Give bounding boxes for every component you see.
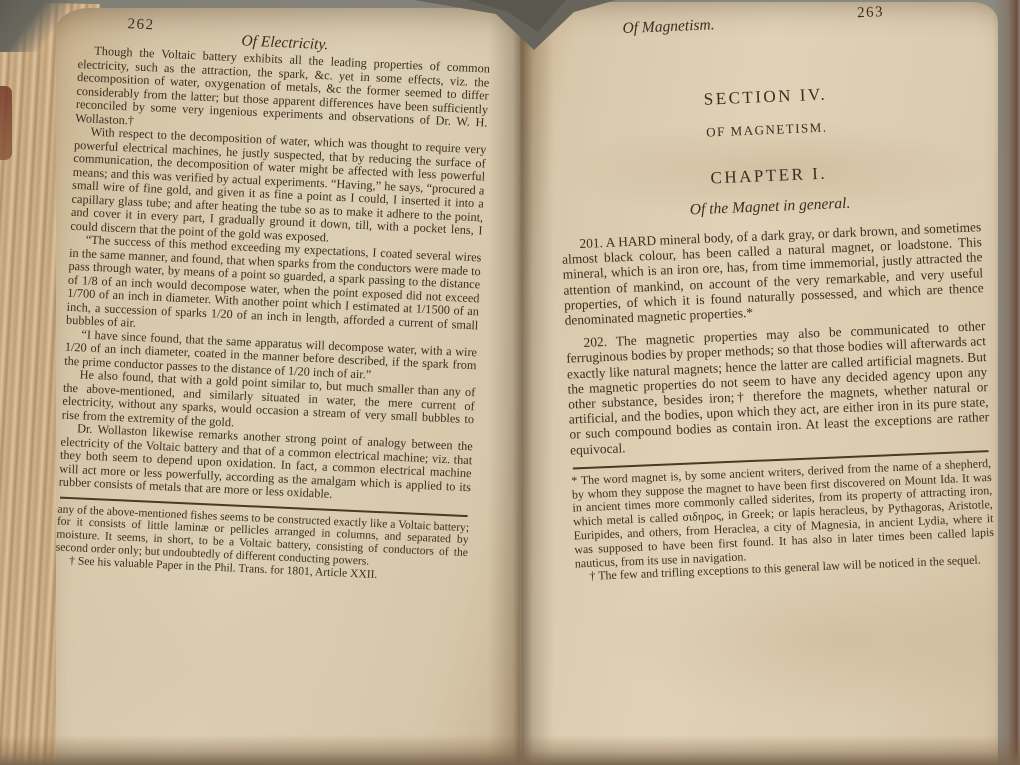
- right-running-title: Of Magnetism.: [622, 16, 715, 38]
- right-page-number: 263: [857, 4, 885, 22]
- right-page-body: 201. A HARD mineral body, of a dark gray…: [561, 219, 990, 457]
- cover-edge-spot: [0, 86, 12, 160]
- left-page-content: 262 Of Electricity. Though the Voltaic b…: [55, 14, 492, 586]
- section-heading: SECTION IV.: [555, 78, 975, 116]
- chapter-heading: CHAPTER I.: [559, 157, 979, 195]
- open-book-photo: 262 Of Electricity. Though the Voltaic b…: [0, 0, 1020, 765]
- right-page-content: Of Magnetism. 263 SECTION IV. OF MAGNETI…: [552, 0, 995, 584]
- right-page-footnotes: * The word magnet is, by some ancient wr…: [571, 457, 995, 585]
- left-page-body: Though the Voltaic battery exhibits all …: [58, 44, 490, 508]
- footnote: * The word magnet is, by some ancient wr…: [571, 457, 995, 571]
- chapter-subheading: Of the Magnet in general.: [560, 189, 980, 225]
- paragraph: 202. The magnetic properties may also be…: [565, 318, 990, 457]
- paragraph: 201. A HARD mineral body, of a dark gray…: [561, 219, 984, 328]
- paragraph: With respect to the decomposition of wat…: [70, 125, 486, 252]
- section-subheading: OF MAGNETISM.: [557, 113, 977, 147]
